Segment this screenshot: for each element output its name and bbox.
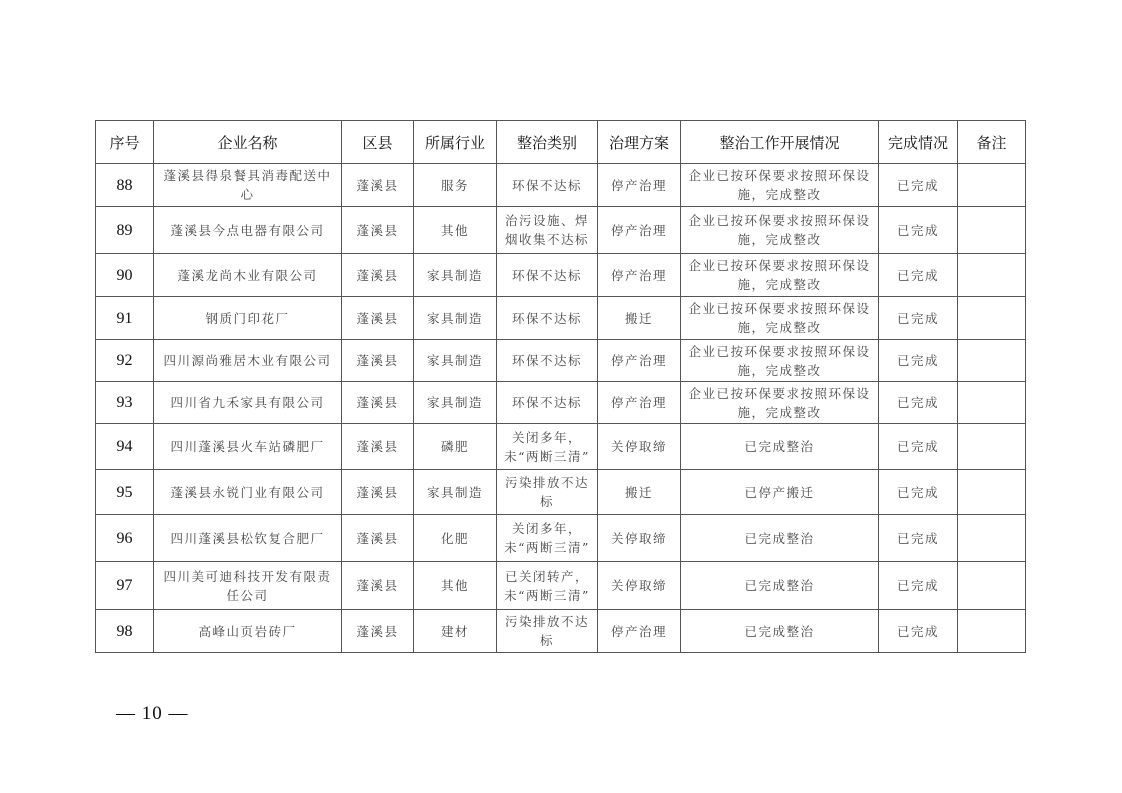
- cell-note: [958, 340, 1026, 382]
- cell-county: 蓬溪县: [342, 424, 414, 470]
- cell-industry: 家具制造: [414, 297, 497, 340]
- cell-status: 已完成: [879, 515, 958, 562]
- cell-category: 环保不达标: [497, 340, 598, 382]
- cell-status: 已完成: [879, 424, 958, 470]
- cell-status: 已完成: [879, 254, 958, 297]
- cell-status: 已完成: [879, 610, 958, 653]
- cell-progress: 已停产搬迁: [681, 470, 879, 515]
- header-name: 企业名称: [154, 121, 342, 164]
- cell-category: 污染排放不达标: [497, 470, 598, 515]
- cell-status: 已完成: [879, 562, 958, 610]
- cell-progress: 企业已按环保要求按照环保设施，完成整改: [681, 382, 879, 424]
- cell-plan: 停产治理: [598, 254, 681, 297]
- cell-name: 蓬溪县得泉餐具消毒配送中心: [154, 164, 342, 207]
- cell-note: [958, 297, 1026, 340]
- cell-county: 蓬溪县: [342, 340, 414, 382]
- cell-category: 关闭多年，未“两断三清”: [497, 424, 598, 470]
- cell-no: 93: [96, 382, 154, 424]
- cell-plan: 关停取缔: [598, 424, 681, 470]
- cell-industry: 化肥: [414, 515, 497, 562]
- cell-industry: 建材: [414, 610, 497, 653]
- cell-plan: 搬迁: [598, 297, 681, 340]
- header-progress: 整治工作开展情况: [681, 121, 879, 164]
- cell-name: 蓬溪县永锐门业有限公司: [154, 470, 342, 515]
- cell-progress: 已完成整治: [681, 515, 879, 562]
- cell-no: 89: [96, 207, 154, 254]
- cell-progress: 企业已按环保要求按照环保设施，完成整改: [681, 207, 879, 254]
- cell-status: 已完成: [879, 164, 958, 207]
- cell-progress: 已完成整治: [681, 610, 879, 653]
- cell-note: [958, 424, 1026, 470]
- cell-name: 四川省九禾家具有限公司: [154, 382, 342, 424]
- table-row: 91钢质门印花厂蓬溪县家具制造环保不达标搬迁企业已按环保要求按照环保设施，完成整…: [96, 297, 1026, 340]
- cell-no: 96: [96, 515, 154, 562]
- cell-plan: 关停取缔: [598, 562, 681, 610]
- cell-status: 已完成: [879, 470, 958, 515]
- cell-industry: 家具制造: [414, 382, 497, 424]
- table-row: 88蓬溪县得泉餐具消毒配送中心蓬溪县服务环保不达标停产治理企业已按环保要求按照环…: [96, 164, 1026, 207]
- table-row: 89蓬溪县今点电器有限公司蓬溪县其他治污设施、焊烟收集不达标停产治理企业已按环保…: [96, 207, 1026, 254]
- cell-county: 蓬溪县: [342, 515, 414, 562]
- cell-category: 环保不达标: [497, 164, 598, 207]
- cell-industry: 家具制造: [414, 254, 497, 297]
- cell-county: 蓬溪县: [342, 207, 414, 254]
- cell-county: 蓬溪县: [342, 254, 414, 297]
- cell-county: 蓬溪县: [342, 297, 414, 340]
- header-county: 区县: [342, 121, 414, 164]
- cell-industry: 家具制造: [414, 340, 497, 382]
- cell-name: 高峰山页岩砖厂: [154, 610, 342, 653]
- cell-name: 四川源尚雅居木业有限公司: [154, 340, 342, 382]
- cell-plan: 停产治理: [598, 340, 681, 382]
- table-row: 98高峰山页岩砖厂蓬溪县建材污染排放不达标停产治理已完成整治已完成: [96, 610, 1026, 653]
- cell-no: 95: [96, 470, 154, 515]
- cell-plan: 停产治理: [598, 164, 681, 207]
- cell-industry: 其他: [414, 562, 497, 610]
- header-industry: 所属行业: [414, 121, 497, 164]
- cell-industry: 服务: [414, 164, 497, 207]
- cell-category: 已关闭转产，未“两断三清”: [497, 562, 598, 610]
- cell-progress: 已完成整治: [681, 562, 879, 610]
- cell-county: 蓬溪县: [342, 610, 414, 653]
- table-row: 92四川源尚雅居木业有限公司蓬溪县家具制造环保不达标停产治理企业已按环保要求按照…: [96, 340, 1026, 382]
- cell-name: 四川美可迪科技开发有限责任公司: [154, 562, 342, 610]
- cell-status: 已完成: [879, 297, 958, 340]
- cell-county: 蓬溪县: [342, 382, 414, 424]
- header-no: 序号: [96, 121, 154, 164]
- cell-plan: 停产治理: [598, 207, 681, 254]
- cell-plan: 关停取缔: [598, 515, 681, 562]
- header-category: 整治类别: [497, 121, 598, 164]
- cell-note: [958, 207, 1026, 254]
- cell-no: 92: [96, 340, 154, 382]
- table-header-row: 序号 企业名称 区县 所属行业 整治类别 治理方案 整治工作开展情况 完成情况 …: [96, 121, 1026, 164]
- cell-name: 蓬溪龙尚木业有限公司: [154, 254, 342, 297]
- cell-plan: 停产治理: [598, 610, 681, 653]
- cell-no: 91: [96, 297, 154, 340]
- cell-no: 97: [96, 562, 154, 610]
- table-row: 96四川蓬溪县松钦复合肥厂蓬溪县化肥关闭多年，未“两断三清”关停取缔已完成整治已…: [96, 515, 1026, 562]
- cell-county: 蓬溪县: [342, 562, 414, 610]
- table-row: 95蓬溪县永锐门业有限公司蓬溪县家具制造污染排放不达标搬迁已停产搬迁已完成: [96, 470, 1026, 515]
- cell-no: 90: [96, 254, 154, 297]
- cell-county: 蓬溪县: [342, 470, 414, 515]
- header-plan: 治理方案: [598, 121, 681, 164]
- cell-progress: 已完成整治: [681, 424, 879, 470]
- cell-name: 蓬溪县今点电器有限公司: [154, 207, 342, 254]
- cell-note: [958, 470, 1026, 515]
- cell-county: 蓬溪县: [342, 164, 414, 207]
- cell-progress: 企业已按环保要求按照环保设施，完成整改: [681, 164, 879, 207]
- cell-category: 关闭多年，未“两断三清”: [497, 515, 598, 562]
- cell-no: 94: [96, 424, 154, 470]
- table-row: 94四川蓬溪县火车站磷肥厂蓬溪县磷肥关闭多年，未“两断三清”关停取缔已完成整治已…: [96, 424, 1026, 470]
- table-row: 90蓬溪龙尚木业有限公司蓬溪县家具制造环保不达标停产治理企业已按环保要求按照环保…: [96, 254, 1026, 297]
- cell-plan: 停产治理: [598, 382, 681, 424]
- cell-category: 环保不达标: [497, 254, 598, 297]
- cell-no: 88: [96, 164, 154, 207]
- cell-industry: 磷肥: [414, 424, 497, 470]
- cell-no: 98: [96, 610, 154, 653]
- header-status: 完成情况: [879, 121, 958, 164]
- table-row: 97四川美可迪科技开发有限责任公司蓬溪县其他已关闭转产，未“两断三清”关停取缔已…: [96, 562, 1026, 610]
- cell-note: [958, 515, 1026, 562]
- cell-note: [958, 610, 1026, 653]
- page-number: — 10 —: [116, 703, 189, 725]
- cell-industry: 家具制造: [414, 470, 497, 515]
- cell-note: [958, 382, 1026, 424]
- header-note: 备注: [958, 121, 1026, 164]
- cell-name: 四川蓬溪县火车站磷肥厂: [154, 424, 342, 470]
- cell-progress: 企业已按环保要求按照环保设施，完成整改: [681, 340, 879, 382]
- cell-category: 污染排放不达标: [497, 610, 598, 653]
- cell-category: 治污设施、焊烟收集不达标: [497, 207, 598, 254]
- cell-status: 已完成: [879, 207, 958, 254]
- rectification-table: 序号 企业名称 区县 所属行业 整治类别 治理方案 整治工作开展情况 完成情况 …: [95, 120, 1026, 653]
- cell-progress: 企业已按环保要求按照环保设施，完成整改: [681, 297, 879, 340]
- cell-category: 环保不达标: [497, 382, 598, 424]
- cell-progress: 企业已按环保要求按照环保设施，完成整改: [681, 254, 879, 297]
- cell-note: [958, 562, 1026, 610]
- cell-industry: 其他: [414, 207, 497, 254]
- cell-plan: 搬迁: [598, 470, 681, 515]
- cell-category: 环保不达标: [497, 297, 598, 340]
- table-row: 93四川省九禾家具有限公司蓬溪县家具制造环保不达标停产治理企业已按环保要求按照环…: [96, 382, 1026, 424]
- cell-name: 四川蓬溪县松钦复合肥厂: [154, 515, 342, 562]
- cell-status: 已完成: [879, 340, 958, 382]
- cell-note: [958, 164, 1026, 207]
- cell-status: 已完成: [879, 382, 958, 424]
- cell-name: 钢质门印花厂: [154, 297, 342, 340]
- cell-note: [958, 254, 1026, 297]
